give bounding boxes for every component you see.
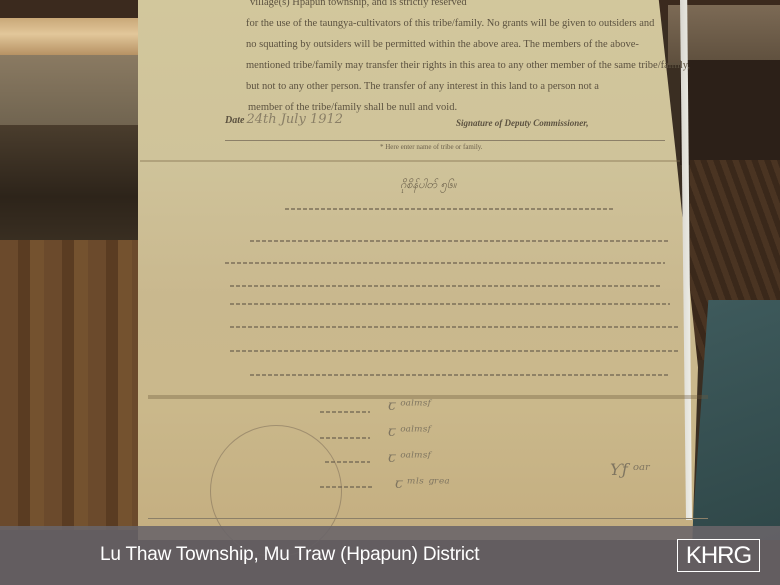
- burmese-text-line: [250, 240, 670, 242]
- photo-caption: Lu Thaw Township, Mu Traw (Hpapun) Distr…: [100, 544, 479, 566]
- burmese-text-line: [230, 326, 680, 328]
- handwritten-signature: ꞇ ᵐˡˢ ᵍʳᵉᵃ: [395, 476, 450, 492]
- signature-label: Signature of Deputy Commissioner,: [456, 118, 589, 128]
- paper-fold: [140, 160, 680, 162]
- photo: village(s) Hpapun township, and is stric…: [0, 0, 780, 585]
- handwritten-signature: ꞇ ᵒᵃˡᵐˢᶠ: [388, 424, 431, 440]
- doc-line: for the use of the taungya-cultivators o…: [246, 13, 670, 34]
- signatory-label: [320, 411, 370, 413]
- burmese-heading: ဂိုစိန်ပါတ် ၅၆။: [400, 178, 456, 194]
- burmese-text-line: [250, 374, 670, 376]
- doc-line: mentioned tribe/family may transfer thei…: [246, 55, 670, 76]
- signature-line: [225, 140, 665, 141]
- doc-line: village(s) Hpapun township, and is stric…: [250, 0, 670, 13]
- burmese-text-line: [230, 303, 670, 305]
- handwritten-signature: ꞇ ᵒᵃˡᵐˢᶠ: [388, 450, 431, 466]
- date-label: Date: [225, 115, 244, 126]
- doc-line: but not to any other person. The transfe…: [246, 76, 670, 97]
- bamboo-pole: [0, 18, 140, 58]
- date-value: 24th July 1912: [246, 112, 343, 127]
- date-field: Date24th July 1912: [225, 112, 343, 127]
- wooden-floor: [0, 240, 150, 530]
- burmese-text-line: [225, 262, 665, 264]
- wood-plank-dark: [0, 125, 140, 245]
- wood-plank: [0, 55, 140, 130]
- burmese-text-line: [230, 285, 660, 287]
- teal-cloth: [692, 300, 780, 540]
- doc-line: no squatting by outsiders will be permit…: [246, 34, 670, 55]
- burmese-text-line: [285, 208, 615, 210]
- burmese-text-line: [230, 350, 680, 352]
- bottom-rule: [148, 518, 708, 519]
- signatory-label: [320, 437, 370, 439]
- handwritten-signature: ꞇ ᵒᵃˡᵐˢᶠ: [388, 398, 431, 414]
- document-english-text: village(s) Hpapun township, and is stric…: [250, 0, 670, 118]
- footnote: * Here enter name of tribe or family.: [380, 143, 483, 151]
- khrg-logo: KHRG: [677, 539, 760, 572]
- shadow-area: [680, 60, 780, 165]
- handwritten-signature: Ƴƒ ᵒᵃʳ: [610, 460, 651, 479]
